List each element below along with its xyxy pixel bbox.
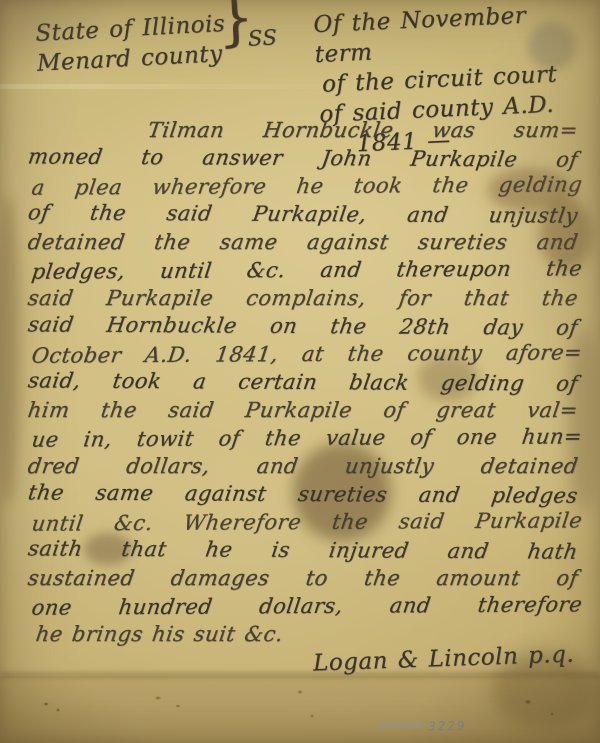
body-line: said, took a certain black gelding of [26, 366, 580, 397]
body-line: pledges, until &c. and thereupon the [30, 254, 584, 285]
stamp-number: 3229 [428, 719, 467, 734]
fold-shadow [0, 672, 600, 678]
caption-ss-abbrev: SS [247, 22, 278, 53]
body-line: until &c. Wherefore the said Purkapile [30, 506, 584, 537]
body-line: ue in, towit of the value of one hun= [30, 422, 584, 453]
case-caption: State of Illinois Menard county } SS [35, 5, 298, 79]
body-line: sustained damages to the amount of [26, 564, 580, 592]
declaration-body: Tilman Hornbuckle was sum= moned to answ… [28, 116, 578, 648]
body-line: one hundred dollars, and therefore [30, 590, 584, 621]
body-line: said Purkapile complains, for that the [26, 284, 580, 312]
faint-stamp-mark [378, 722, 424, 728]
bottom-edge-band [0, 676, 600, 743]
body-line: said Hornbuckle on the 28th day of [26, 310, 580, 341]
stain-blotch [0, 195, 20, 505]
body-line: of the said Purkapile, and unjustly [26, 198, 580, 229]
body-line: Tilman Hornbuckle was sum= [26, 116, 580, 144]
body-line: him the said Purkapile of great val= [26, 396, 580, 424]
body-line: the same against sureties and pledges [26, 478, 580, 509]
body-line: October A.D. 1841, at the county afore= [30, 338, 584, 369]
body-line: a plea wherefore he took the gelding [30, 170, 584, 201]
body-line: dred dollars, and unjustly detained [26, 452, 580, 480]
body-line: saith that he is injured and hath [26, 534, 580, 565]
body-line: moned to answer John Purkapile of [26, 142, 580, 173]
document-page: State of Illinois Menard county } SS Of … [0, 0, 600, 743]
body-line: detained the same against sureties and [26, 228, 580, 256]
